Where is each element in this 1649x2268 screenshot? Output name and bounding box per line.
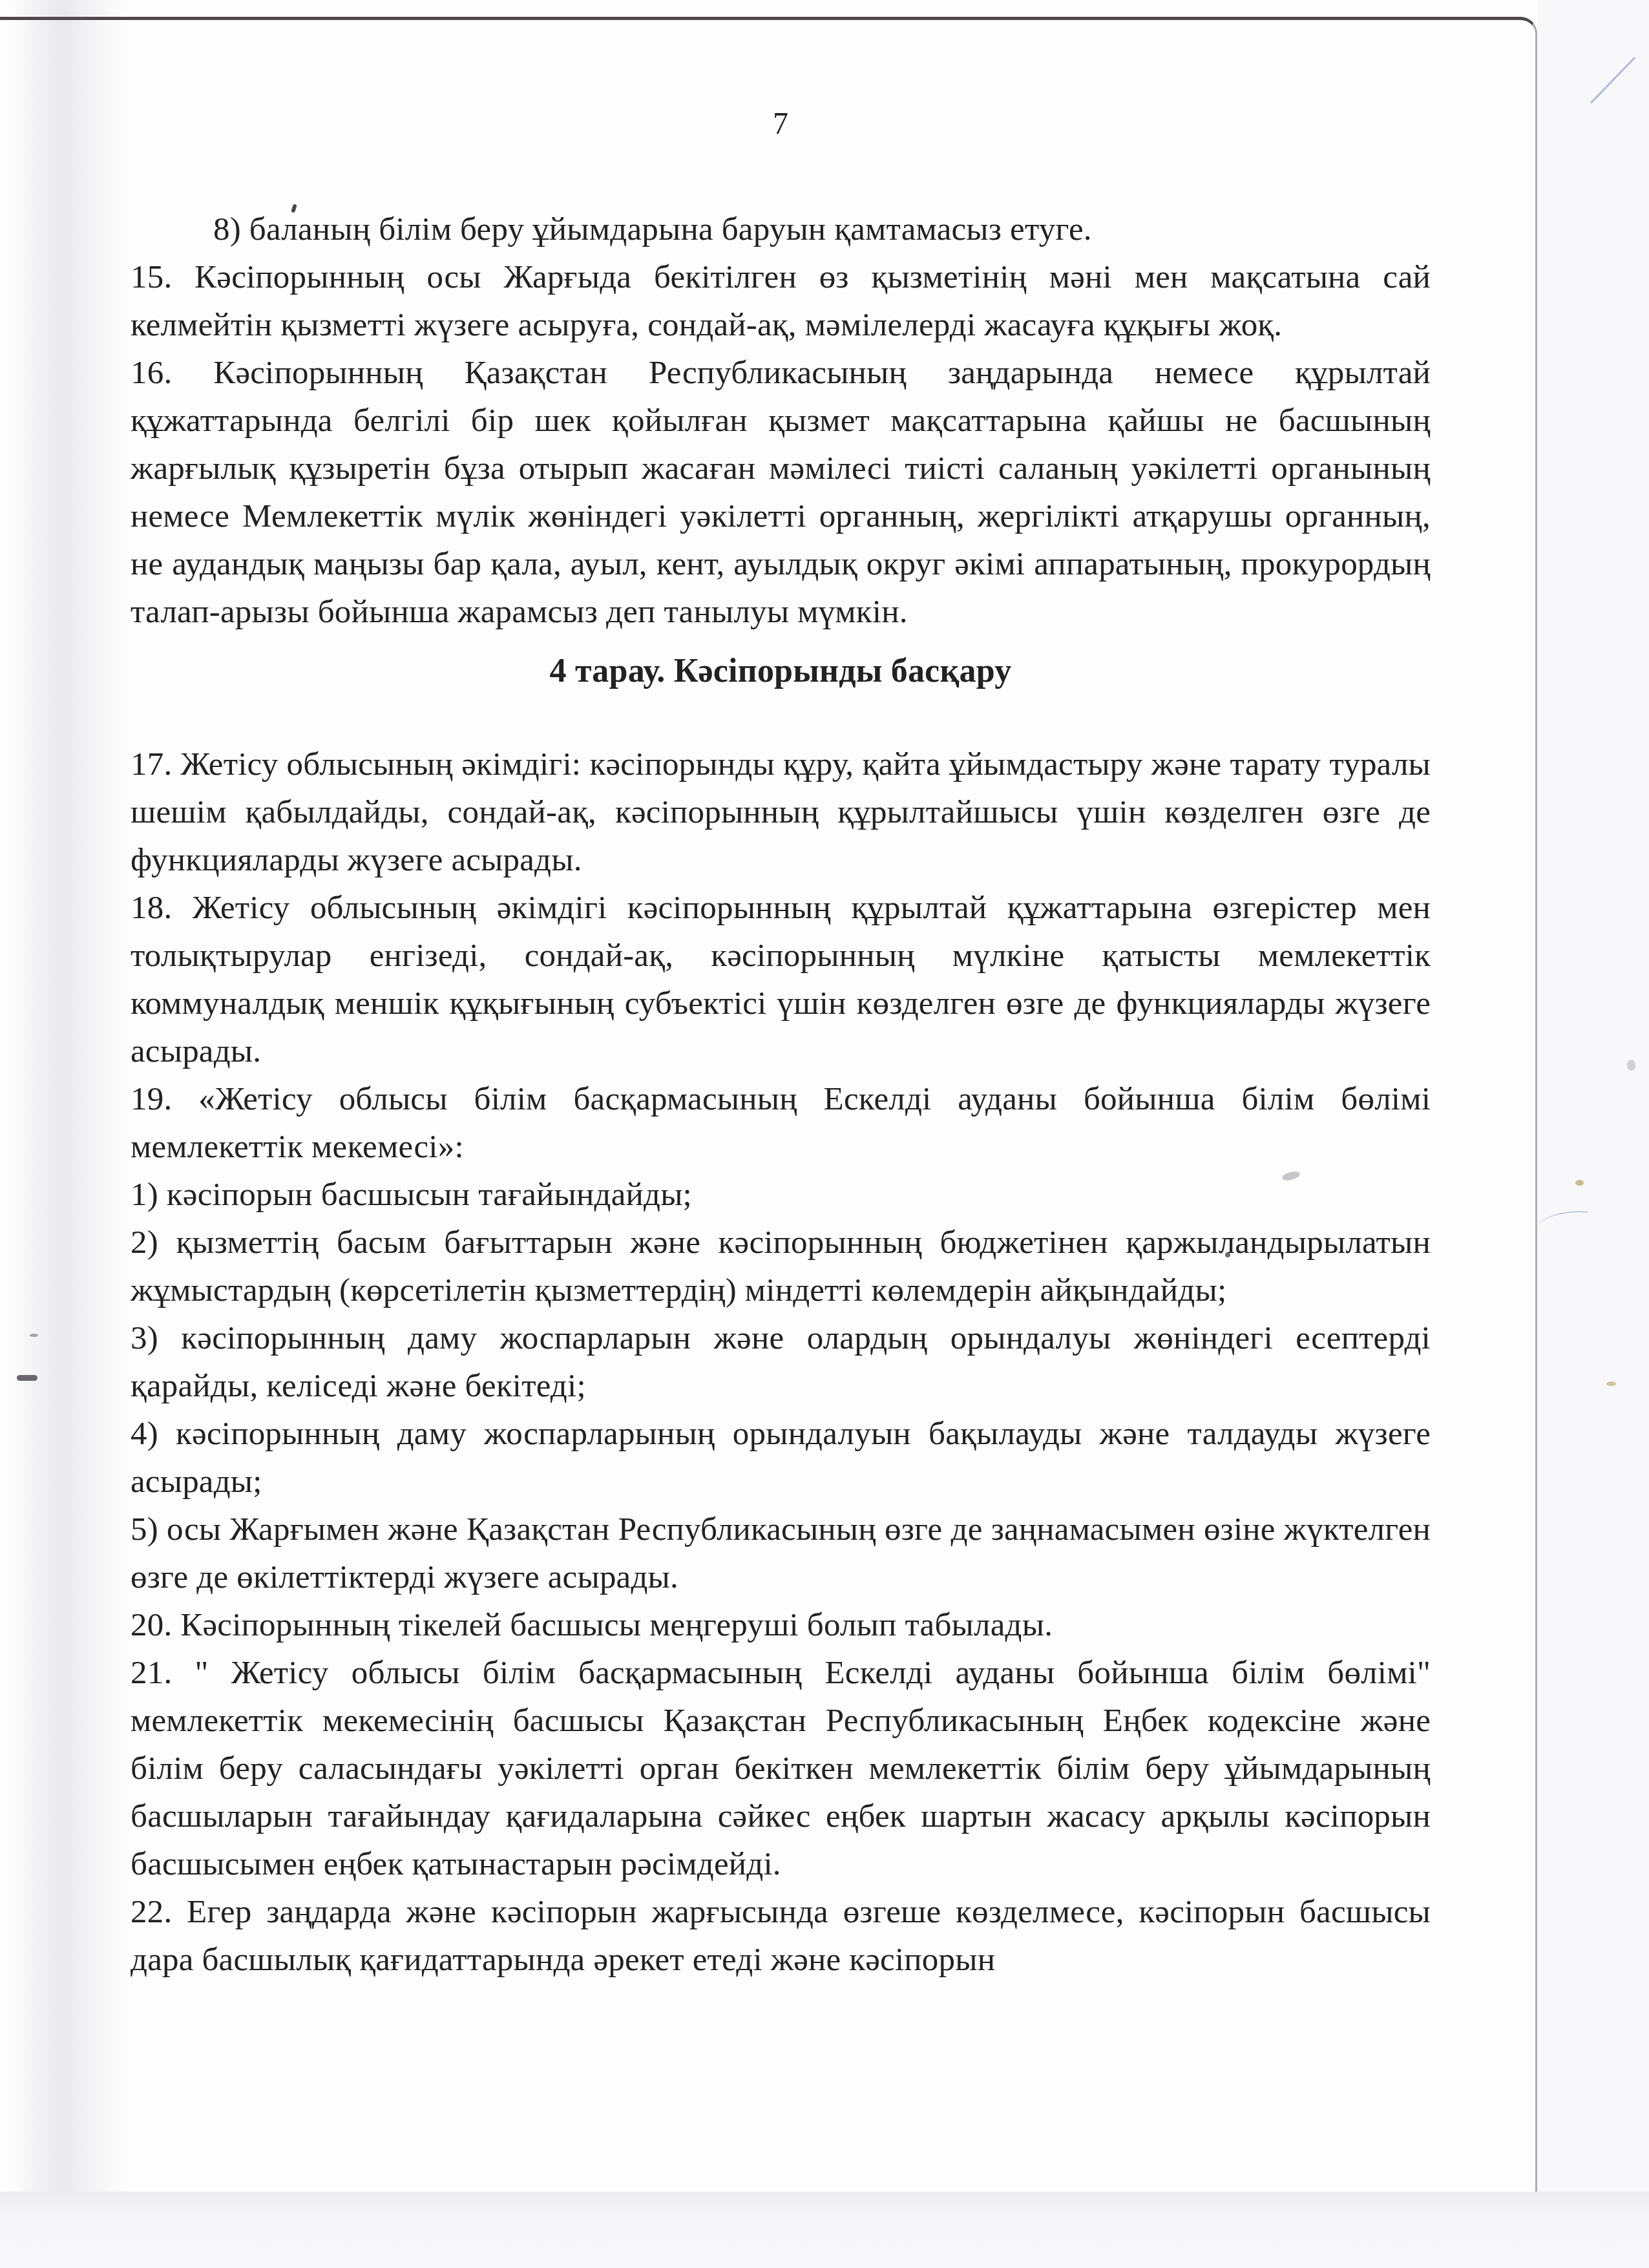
blue-pen-mark bbox=[1590, 57, 1635, 104]
paragraph-19-item-3: 3) кәсіпорынның даму жоспарларын және ол… bbox=[131, 1314, 1431, 1410]
document-body: 8) баланың білім беру ұйымдарына баруын … bbox=[131, 205, 1431, 1984]
scan-speck bbox=[17, 1375, 37, 1381]
paragraph-16: 16. Кәсіпорынның Қазақстан Республикасын… bbox=[131, 349, 1431, 636]
chapter-4-heading: 4 тарау. Кәсіпорынды басқару bbox=[131, 647, 1431, 695]
paragraph-20: 20. Кәсіпорынның тікелей басшысы меңгеру… bbox=[131, 1601, 1431, 1649]
page-number: 7 bbox=[131, 105, 1431, 143]
scan-speck bbox=[1627, 1060, 1635, 1071]
scanner-background-right bbox=[1538, 0, 1649, 2268]
scan-speck bbox=[1606, 1381, 1616, 1386]
paragraph-18: 18. Жетісу облысының әкімдігі кәсіпорынн… bbox=[131, 884, 1431, 1075]
scanned-document-page: { "doc": { "page_number": "7", "heading"… bbox=[0, 0, 1649, 2268]
paragraph-19-item-2: 2) қызметтің басым бағыттарын және кәсіп… bbox=[131, 1219, 1431, 1314]
paragraph-19: 19. «Жетісу облысы білім басқармасының Е… bbox=[131, 1075, 1431, 1171]
scan-speck bbox=[1575, 1180, 1584, 1186]
paragraph-17: 17. Жетісу облысының әкімдігі: кәсіпорын… bbox=[131, 740, 1431, 884]
paragraph-19-item-4: 4) кәсіпорынның даму жоспарларының орынд… bbox=[131, 1410, 1431, 1506]
scan-speck bbox=[30, 1334, 38, 1337]
page-bottom-edge bbox=[0, 2192, 1649, 2268]
paragraph-21: 21. " Жетісу облысы білім басқармасының … bbox=[131, 1649, 1431, 1888]
paragraph-19-item-1: 1) кәсіпорын басшысын тағайындайды; bbox=[131, 1171, 1431, 1219]
paragraph-8: 8) баланың білім беру ұйымдарына баруын … bbox=[131, 205, 1431, 253]
paragraph-19-item-5: 5) осы Жарғымен және Қазақстан Республик… bbox=[131, 1506, 1431, 1601]
paragraph-22: 22. Егер заңдарда және кәсіпорын жарғысы… bbox=[131, 1888, 1431, 1984]
page-curl-shadow bbox=[10, 0, 127, 2243]
blue-pen-curve-mark bbox=[1536, 1208, 1588, 1234]
paragraph-15: 15. Кәсіпорынның осы Жарғыда бекітілген … bbox=[131, 253, 1431, 349]
